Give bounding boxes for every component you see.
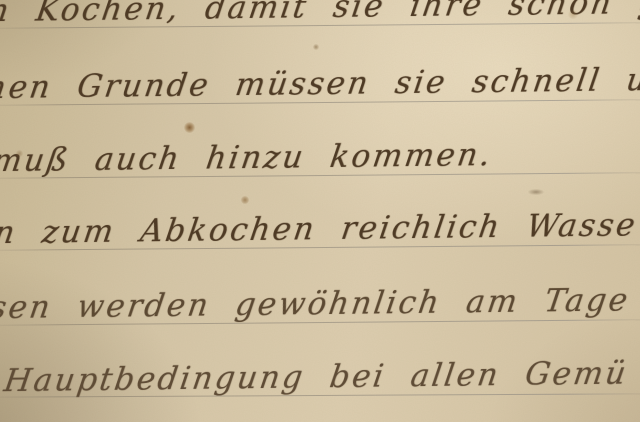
handwritten-line: muß auch hinzu kommen. C: [0, 137, 640, 177]
handwritten-line: sen werden gewöhnlich am Tage: [0, 285, 632, 324]
handwritten-line: n zum Abkochen reichlich Wasse: [0, 210, 639, 249]
age-spot: [241, 196, 249, 204]
handwritten-line: Hauptbedingung bei allen Gemü: [2, 358, 630, 397]
age-spot: [313, 44, 319, 50]
handwritten-line: hen Grunde müssen sie schnell u: [0, 65, 640, 104]
manuscript-photo: n Kochen, damit sie ihre schön gr hen Gr…: [0, 0, 640, 422]
age-spot: [528, 189, 544, 195]
age-spot: [184, 122, 195, 133]
